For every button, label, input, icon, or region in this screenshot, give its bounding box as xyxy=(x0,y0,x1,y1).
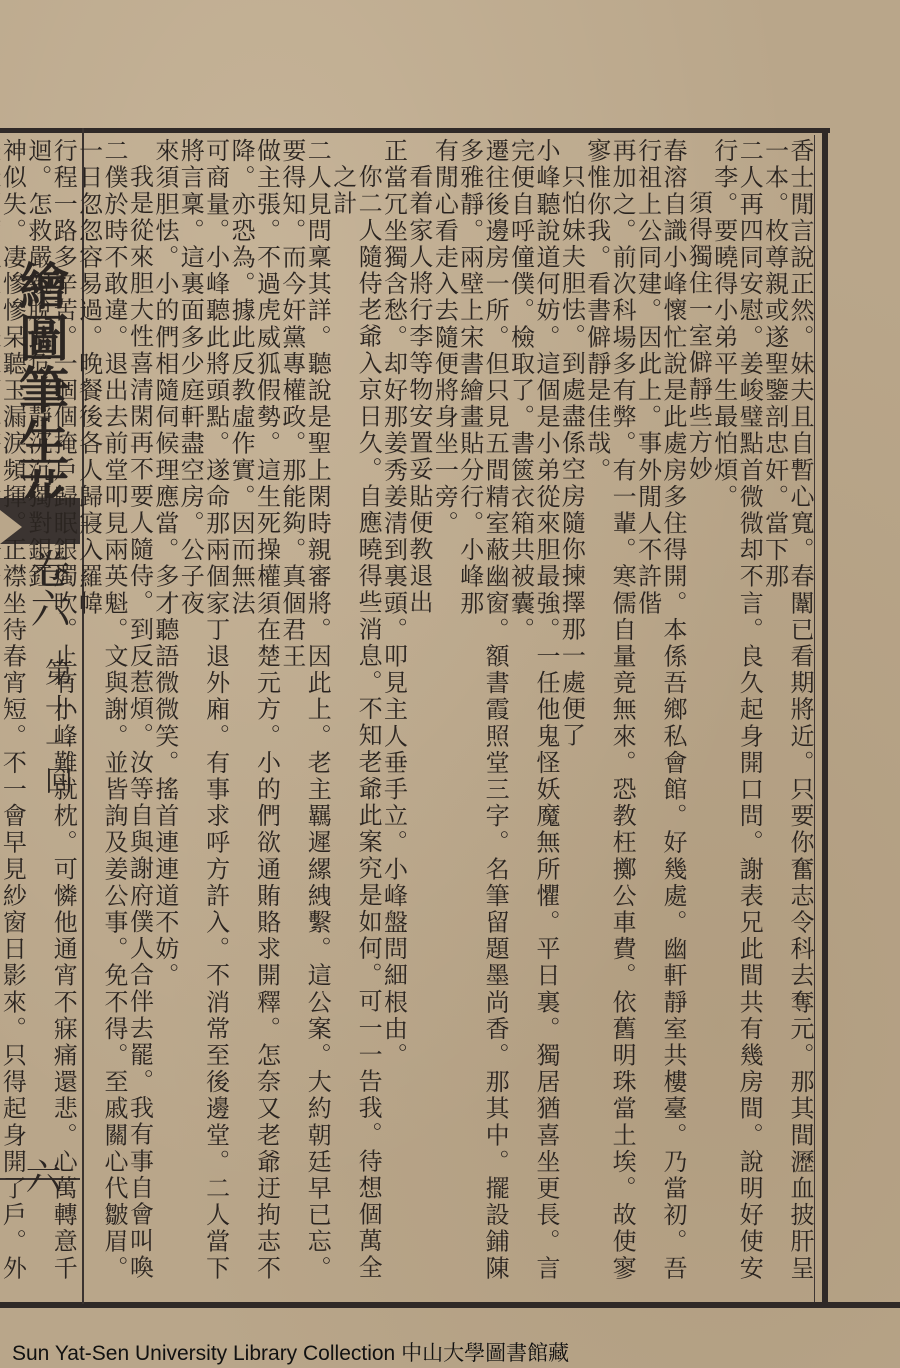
book-page: 繪圖筆生花 卷六 第十一回 六 香士閒言說正然。妹夫且自暫心寬。春闈已看期將近。… xyxy=(0,0,900,1368)
text-column: 神似失。凄慘慘呆聽玉漏淚頻揮。正襟坐待春宵短。不一會早見紗窗日影來。只得起身開了… xyxy=(0,138,24,1298)
text-column: 只怕妹夫胆怯。到處盡係空房隨你揀擇那一處便了 xyxy=(558,138,583,1298)
text-column: 香士閒言說正然。妹夫且自暫心寬。春闈已看期將近。只要你奮志令科去奪元。那其間瀝血… xyxy=(761,138,812,1298)
text-column: 來須胆怯。小的們相隨伺候理應當。多才聽語微微笑。搖首連連道不妨。 xyxy=(151,138,176,1298)
text-column: 正當冗坐獨含愁。却好那姜秀姜清到裏頭。叩見主人垂手立。小峰盤問細根由。 xyxy=(380,138,405,1298)
text-column: 二人再四同安慰。姜峻璧點首微微却不言。良久起身開口問。謝表兄此間共有幾房間。說明… xyxy=(710,138,761,1298)
text-column: 有閒心看走入去隨便將身坐一旁。 xyxy=(431,138,456,1298)
library-watermark: Sun Yat-Sen University Library Collectio… xyxy=(12,1337,569,1367)
frame-right-border xyxy=(822,128,828,1308)
text-column: 我是從來胆大性喜清閑再不要人隨侍。到反惹煩。汝等自與謝府僕人合伴去罷。我有事自會… xyxy=(126,138,151,1298)
frame-inner-rule xyxy=(814,135,815,1303)
text-column: 小峰聽說道何妨。這個是小弟從來胆最強。一任他鬼怪妖魔無所懼。平日裏。獨居猶喜坐更… xyxy=(507,138,558,1298)
text-column: 看着家人將行李等物安置妥貼便教退出 xyxy=(406,138,431,1298)
text-column: 再加之。前次科場多有弊。有一輩。寒儒自量竟無來。恐教枉擲公車費。依舊明珠當土埃。… xyxy=(583,138,634,1298)
text-column: 做主張。不過虎威狐假勢。這生死操權須在楚元方。小的們欲通賄賂求開釋。怎奈又老爺迂… xyxy=(228,138,279,1298)
text-column: 二人見問稟其詳。聽說是聖上閑時親審將。因此上。老主羈遲縲絏繫。這公案。大約朝廷早… xyxy=(278,138,329,1298)
text-column: 須得獨住一室僻靜些方妙 xyxy=(685,138,710,1298)
text-column: 遷往後邊房一所。但只見五間精室蔽幽窗。額書霞照堂三字。名筆留題墨尚香。那其中。擺… xyxy=(456,138,507,1298)
text-column: 二僕於時不敢違。退出去前堂叩見兩英魁。文與謝。並皆詢及姜公事。免不得。至戚關心代… xyxy=(75,138,126,1298)
text-column: 你二人隨侍老爺入京日久。自應曉得些消息。不知老爺此案究是如何。可一一告我。待想個… xyxy=(329,138,380,1298)
text-column: 春溶自識小峰懷忙說是此處房多住得開。本係吾鄉私會館。好幾處。幽軒靜室共樓臺。乃當… xyxy=(634,138,685,1298)
main-text-block: 香士閒言說正然。妹夫且自暫心寬。春闈已看期將近。只要你奮志令科去奪元。那其間瀝血… xyxy=(84,138,812,1298)
text-column: 行程一路多辛苦。一個個掩戶歸眠銀燭吹。止有小峰難就枕。可憐他通宵不寐痛還悲。心萬… xyxy=(24,138,75,1298)
text-column: 可商量。小峰聽此將頭點。遂命那兩個家丁退外廂。有事求呼方許入。不消常至後邊堂。二… xyxy=(177,138,228,1298)
frame-bottom-border xyxy=(0,1302,900,1308)
frame-top-border xyxy=(0,128,830,133)
